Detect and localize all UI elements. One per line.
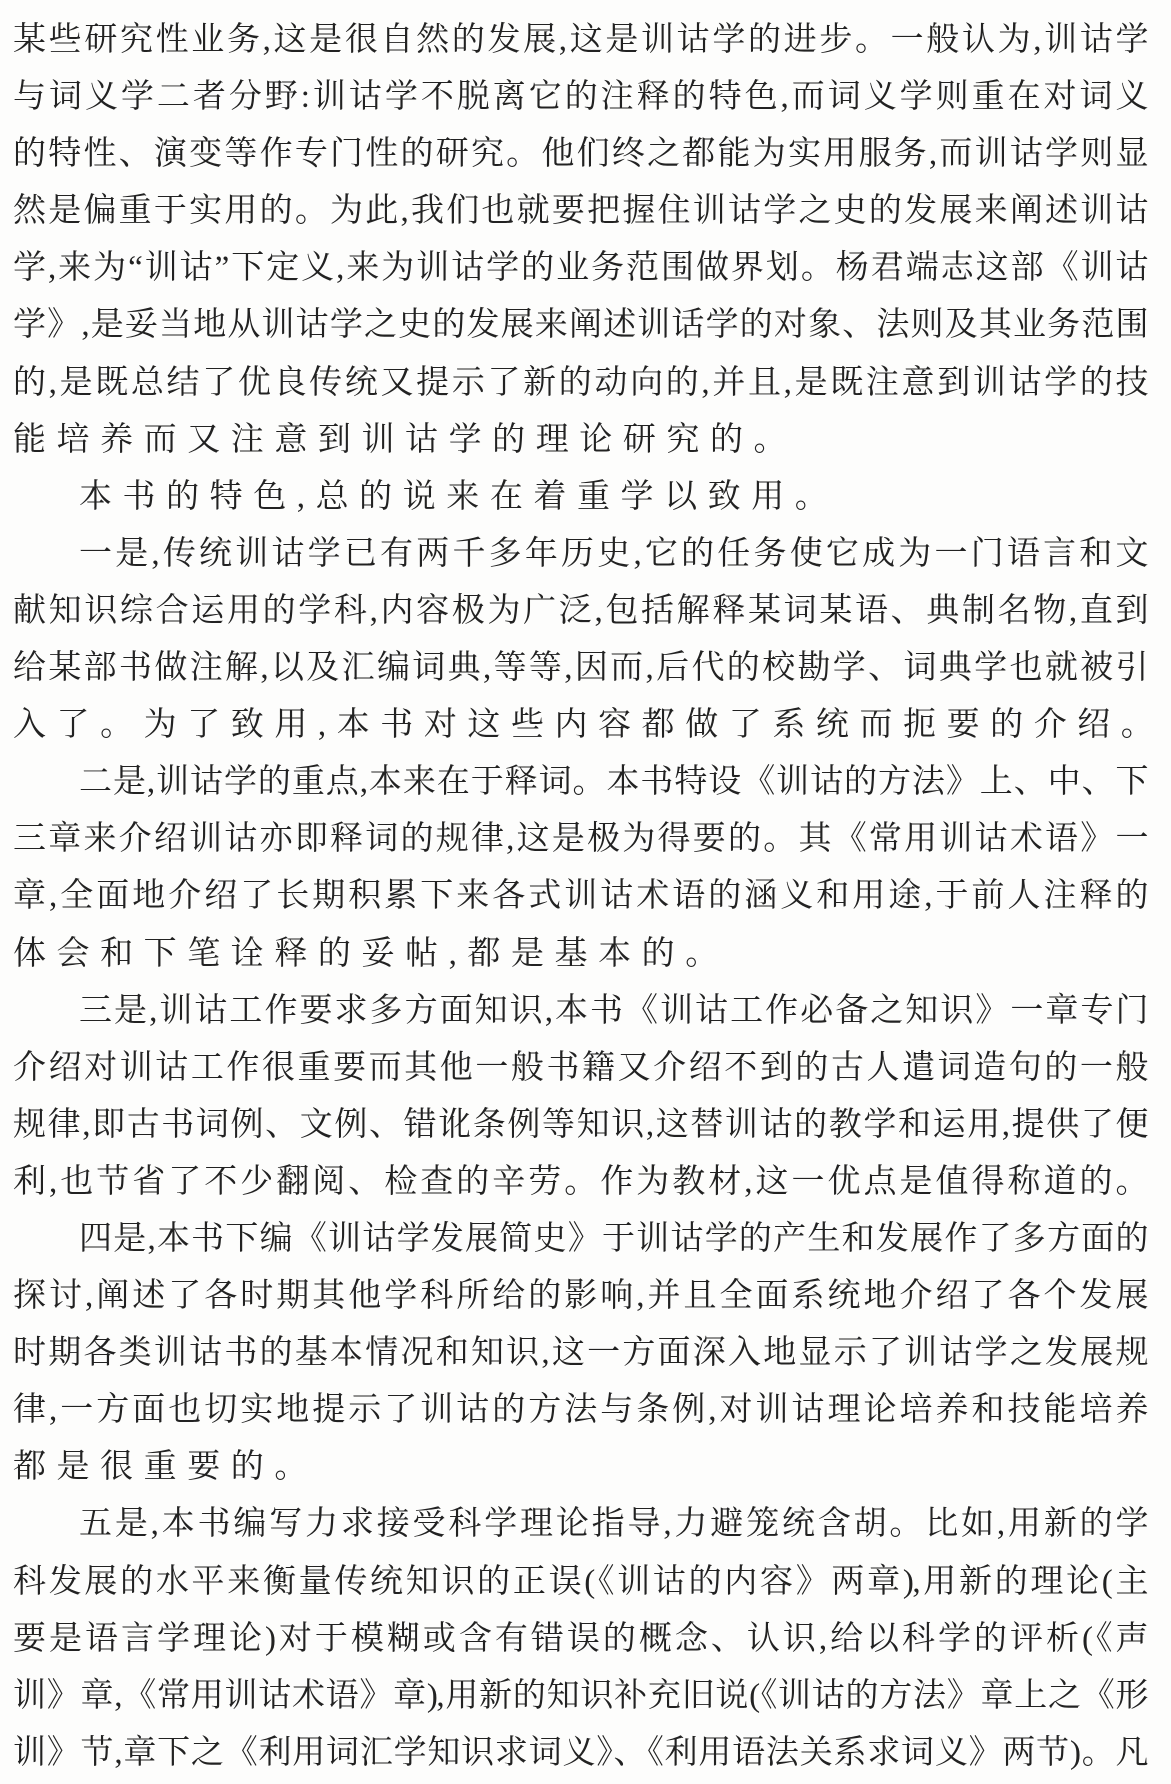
text-line: 然是偏重于实用的。为此,我们也就要把握住训诂学之史的发展来阐述训诂 [13,183,1147,240]
text-line: 四是,本书下编《训诂学发展简史》于训诂学的产生和发展作了多方面的 [13,1211,1147,1268]
text-line: 学,来为“训诂”下定义,来为训诂学的业务范围做界划。杨君端志这部《训诂 [13,240,1147,297]
text-line: 一是,传统训诂学已有两千多年历史,它的任务使它成为一门语言和文 [13,526,1147,583]
text-line: 三章来介绍训诂亦即释词的规律,这是极为得要的。其《常用训诂术语》一 [13,811,1147,868]
text-line: 时期各类训诂书的基本情况和知识,这一方面深入地显示了训诂学之发展规 [13,1325,1147,1382]
text-line: 要是语言学理论)对于模糊或含有错误的概念、认识,给以科学的评析(《声 [13,1611,1147,1668]
text-line: 律,一方面也切实地提示了训诂的方法与条例,对训诂理论培养和技能培养 [13,1382,1147,1439]
text-line: 某些研究性业务,这是很自然的发展,这是训诂学的进步。一般认为,训诂学 [13,12,1147,69]
text-line: 二是,训诂学的重点,本来在于释词。本书特设《训诂的方法》上、中、下 [13,754,1147,811]
text-line: 学》,是妥当地从训诂学之史的发展来阐述训话学的对象、法则及其业务范围 [13,297,1147,354]
text-line: 的特性、演变等作专门性的研究。他们终之都能为实用服务,而训诂学则显 [13,126,1147,183]
text-line: 体会和下笔诠释的妥帖,都是基本的。 [13,926,1147,983]
text-line: 探讨,阐述了各时期其他学科所给的影响,并且全面系统地介绍了各个发展 [13,1268,1147,1325]
text-line: 规律,即古书词例、文例、错讹条例等知识,这替训诂的教学和运用,提供了便 [13,1097,1147,1154]
text-line: 三是,训诂工作要求多方面知识,本书《训诂工作必备之知识》一章专门 [13,983,1147,1040]
text-line: 给某部书做注解,以及汇编词典,等等,因而,后代的校勘学、词典学也就被引 [13,640,1147,697]
text-line: 能培养而又注意到训诂学的理论研究的。 [13,412,1147,469]
text-line: 训》章,《常用训诂术语》章),用新的知识补充旧说(《训诂的方法》章上之《形 [13,1668,1147,1725]
text-line: 介绍对训诂工作很重要而其他一般书籍又介绍不到的古人遣词造句的一般 [13,1040,1147,1097]
scanned-book-page: 某些研究性业务,这是很自然的发展,这是训诂学的进步。一般认为,训诂学 与词义学二… [0,0,1171,1784]
text-line: 的,是既总结了优良传统又提示了新的动向的,并且,是既注意到训诂学的技 [13,355,1147,412]
text-line: 利,也节省了不少翻阅、检查的辛劳。作为教材,这一优点是值得称道的。 [13,1154,1147,1211]
text-line: 本书的特色,总的说来在着重学以致用。 [13,469,1147,526]
text-line: 章,全面地介绍了长期积累下来各式训诂术语的涵义和用途,于前人注释的 [13,868,1147,925]
text-line: 科发展的水平来衡量传统知识的正误(《训诂的内容》两章),用新的理论(主 [13,1554,1147,1611]
text-line: 五是,本书编写力求接受科学理论指导,力避笼统含胡。比如,用新的学 [13,1496,1147,1553]
text-line: 与词义学二者分野:训诂学不脱离它的注释的特色,而词义学则重在对词义 [13,69,1147,126]
text-line: 都是很重要的。 [13,1439,1147,1496]
text-line: 献知识综合运用的学科,内容极为广泛,包括解释某词某语、典制名物,直到 [13,583,1147,640]
text-line: 训》节,章下之《利用词汇学知识求词义》、《利用语法关系求词义》两节)。凡 [13,1725,1147,1782]
text-line: 入了。为了致用,本书对这些内容都做了系统而扼要的介绍。 [13,697,1147,754]
